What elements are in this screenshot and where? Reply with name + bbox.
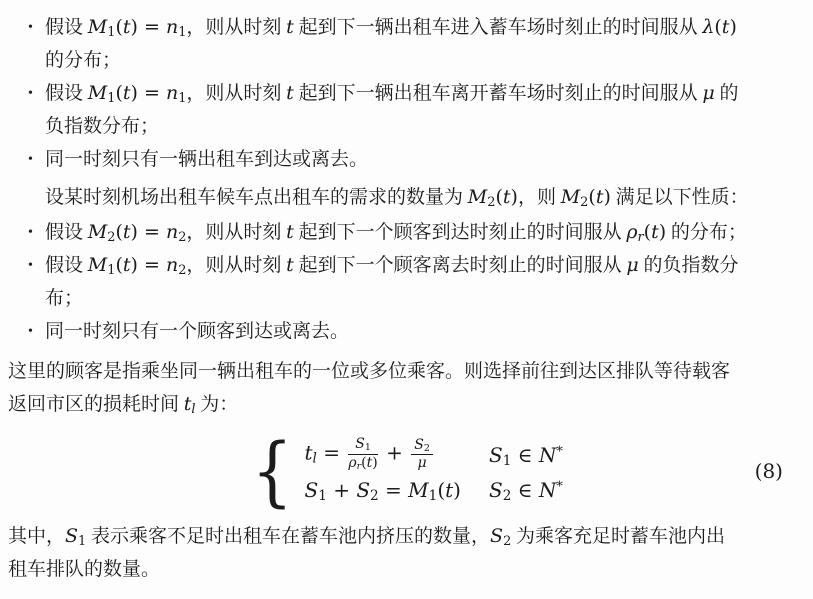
math-run: t	[123, 221, 131, 243]
math-run: ∈	[511, 478, 539, 502]
text-run: 满足以下性质：	[611, 187, 749, 208]
math-run: M	[88, 16, 107, 38]
text-run: ，则从时刻	[186, 222, 286, 243]
text-run: 的	[715, 83, 739, 104]
left-brace: {	[252, 433, 293, 509]
text-run: 同一时刻只有一辆出租车到达或离去。	[45, 149, 368, 170]
math-run: 1	[318, 488, 327, 504]
text-run: 的分布；	[666, 222, 747, 243]
paragraph: 设某时刻机场出租车候车点出租车的需求的数量为 M2(t)，则 M2(t) 满足以…	[8, 181, 803, 214]
bullet-icon: •	[28, 11, 33, 44]
math-run: =	[379, 478, 408, 502]
bullet-icon: •	[28, 77, 33, 110]
math-run: (	[714, 16, 721, 38]
equation-formula: tl = S1ρr(t) + S2μ	[304, 437, 434, 471]
bullet-icon: •	[28, 315, 33, 348]
math-run: (	[437, 478, 445, 502]
text-run: 同一时刻只有一个顾客到达或离去。	[45, 321, 349, 342]
text-run: 布；	[45, 288, 83, 309]
math-run: M	[88, 221, 107, 243]
line-content: 假设 M2(t) = n2，则从时刻 t 起到下一个顾客到达时刻止的时间服从 ρ…	[45, 222, 747, 243]
text-run: 起到下一辆出租车离开蓄车场时刻止的时间服从	[294, 83, 703, 104]
math-run: 1	[365, 442, 371, 453]
line-content: 同一时刻只有一个顾客到达或离去。	[45, 321, 349, 342]
line-content: 这里的顾客是指乘坐同一辆出租车的一位或多位乘客。则选择前往到达区排队等待载客返回…	[8, 361, 730, 415]
line-content: 设某时刻机场出租车候车点出租车的需求的数量为 M2(t)，则 M2(t) 满足以…	[45, 187, 749, 208]
math-run: N	[539, 443, 557, 467]
math-run: n	[166, 16, 178, 38]
math-run: t	[123, 16, 131, 38]
math-run: S	[304, 478, 318, 502]
math-run: (	[115, 16, 122, 38]
math-run: t	[503, 186, 511, 208]
equation-cases: tl = S1ρr(t) + S2μS1 ∈ N*S1 + S2 = M1(t)…	[304, 437, 562, 504]
math-run: )	[511, 186, 518, 208]
math-run: +	[380, 441, 409, 465]
text-run: 租车排队的数量。	[8, 559, 160, 580]
line-content: 同一时刻只有一辆出租车到达或离去。	[45, 149, 368, 170]
line-content: 假设 M1(t) = n1，则从时刻 t 起到下一辆出租车进入蓄车场时刻止的时间…	[45, 17, 737, 71]
text-run: 负指数分布；	[45, 116, 159, 137]
text-run: 假设	[45, 255, 88, 276]
text-run: 起到下一个顾客离去时刻止的时间服从	[294, 255, 627, 276]
text-run: 设某时刻机场出租车候车点出租车的需求的数量为	[45, 187, 468, 208]
math-run: t	[123, 254, 131, 276]
math-run: ) =	[131, 254, 166, 276]
math-run: M	[88, 82, 107, 104]
math-run: 2	[424, 443, 430, 454]
math-run: 2	[370, 488, 379, 504]
bullet-icon: •	[28, 249, 33, 282]
line-content: 其中，S1 表示乘客不足时出租车在蓄车池内挤压的数量，S2 为乘客充足时蓄车池内…	[8, 526, 725, 580]
math-run: n	[166, 82, 178, 104]
paper-page: •假设 M1(t) = n1，则从时刻 t 起到下一辆出租车进入蓄车场时刻止的时…	[0, 0, 813, 599]
text-run: 起到下一个顾客到达时刻止的时间服从	[294, 222, 627, 243]
math-run: M	[88, 254, 107, 276]
math-run: S	[355, 436, 365, 452]
math-run: t	[651, 221, 659, 243]
math-run: (	[115, 254, 122, 276]
math-run: n	[166, 254, 178, 276]
equation-formula: S1 + S2 = M1(t)	[304, 475, 461, 505]
equation-condition: S1 ∈ N*	[489, 440, 563, 470]
math-run: 1	[429, 488, 438, 504]
math-run: t	[286, 82, 294, 104]
math-run: M	[408, 478, 428, 502]
math-run: )	[372, 455, 377, 471]
bullet-icon: •	[28, 216, 33, 249]
bullet-item: •同一时刻只有一个顾客到达或离去。	[8, 315, 803, 348]
math-run: t	[304, 441, 312, 465]
text-run: 起到下一辆出租车进入蓄车场时刻止的时间服从	[294, 17, 703, 38]
math-run: )	[453, 478, 461, 502]
math-run: =	[317, 441, 346, 465]
math-run: (	[115, 221, 122, 243]
text-run: 为乘客充足时蓄车池内出	[511, 526, 725, 547]
math-run: *	[556, 479, 563, 494]
bullet-item: •假设 M2(t) = n2，则从时刻 t 起到下一个顾客到达时刻止的时间服从 …	[8, 216, 803, 249]
math-run: ρ	[626, 221, 637, 243]
math-run: n	[166, 221, 178, 243]
bullet-item: •假设 M1(t) = n2，则从时刻 t 起到下一个顾客离去时刻止的时间服从 …	[8, 249, 803, 315]
text-run: 的负指数分	[639, 255, 739, 276]
bullet-item: •假设 M1(t) = n1，则从时刻 t 起到下一辆出租车离开蓄车场时刻止的时…	[8, 77, 803, 143]
math-run: (	[644, 221, 651, 243]
math-run: N	[539, 478, 557, 502]
paragraph: 这里的顾客是指乘坐同一辆出租车的一位或多位乘客。则选择前往到达区排队等待载客返回…	[8, 355, 803, 421]
math-run: λ	[702, 16, 714, 38]
math-run: (	[588, 186, 595, 208]
line-content: 假设 M1(t) = n1，则从时刻 t 起到下一辆出租车离开蓄车场时刻止的时间…	[45, 83, 738, 137]
math-run: M	[561, 186, 580, 208]
text-run: 假设	[45, 222, 88, 243]
math-run: μ	[418, 455, 427, 471]
text-run: ，则从时刻	[186, 255, 286, 276]
bullet-item: •同一时刻只有一辆出租车到达或离去。	[8, 143, 803, 176]
bullet-item: •假设 M1(t) = n1，则从时刻 t 起到下一辆出租车进入蓄车场时刻止的时…	[8, 11, 803, 77]
math-run: μ	[626, 254, 638, 276]
math-run: S	[414, 437, 424, 453]
line-content: 假设 M1(t) = n2，则从时刻 t 起到下一个顾客离去时刻止的时间服从 μ…	[45, 255, 738, 309]
math-run: )	[729, 16, 736, 38]
math-run: t	[286, 254, 294, 276]
math-run: ) =	[131, 82, 166, 104]
math-run: μ	[702, 82, 714, 104]
math-run: (	[115, 82, 122, 104]
equation-number: (8)	[755, 459, 783, 483]
math-run: )	[603, 186, 610, 208]
math-run: S	[65, 525, 78, 547]
math-run: t	[286, 221, 294, 243]
text-run: ，则	[518, 187, 561, 208]
text-run: ，则从时刻	[186, 17, 286, 38]
math-run: t	[445, 478, 453, 502]
text-run: 的分布；	[45, 50, 121, 71]
math-run: S	[490, 525, 503, 547]
math-run: (	[495, 186, 502, 208]
math-run: M	[468, 186, 487, 208]
text-run: 假设	[45, 83, 88, 104]
document-body: •假设 M1(t) = n1，则从时刻 t 起到下一辆出租车进入蓄车场时刻止的时…	[8, 11, 803, 586]
math-run: t	[286, 16, 294, 38]
math-run: t	[123, 82, 131, 104]
math-run: S	[356, 478, 370, 502]
text-run: 这里的顾客是指乘坐同一辆出租车的一位或多位乘客。则选择前往到达区排队等待载客	[8, 361, 730, 382]
math-run: S	[489, 478, 503, 502]
math-run: S	[489, 443, 503, 467]
equation-condition: S2 ∈ N*	[489, 475, 563, 505]
text-run: 表示乘客不足时出租车在蓄车池内挤压的数量，	[86, 526, 490, 547]
text-run: ，则从时刻	[186, 83, 286, 104]
math-run: ρ	[348, 455, 356, 471]
math-run: ) =	[131, 221, 166, 243]
math-run: ∈	[511, 443, 539, 467]
fraction: S2μ	[411, 438, 433, 471]
math-run: +	[327, 478, 356, 502]
text-run: 为：	[196, 394, 239, 415]
math-run: ) =	[131, 16, 166, 38]
paragraph: 其中，S1 表示乘客不足时出租车在蓄车池内挤压的数量，S2 为乘客充足时蓄车池内…	[8, 520, 803, 586]
text-run: 假设	[45, 17, 88, 38]
fraction: S1ρr(t)	[348, 437, 377, 471]
text-run: 返回市区的损耗时间	[8, 394, 184, 415]
math-run: *	[556, 444, 563, 459]
bullet-icon: •	[28, 143, 33, 176]
equation-block: {tl = S1ρr(t) + S2μS1 ∈ N*S1 + S2 = M1(t…	[8, 429, 803, 513]
text-run: 其中，	[8, 526, 65, 547]
